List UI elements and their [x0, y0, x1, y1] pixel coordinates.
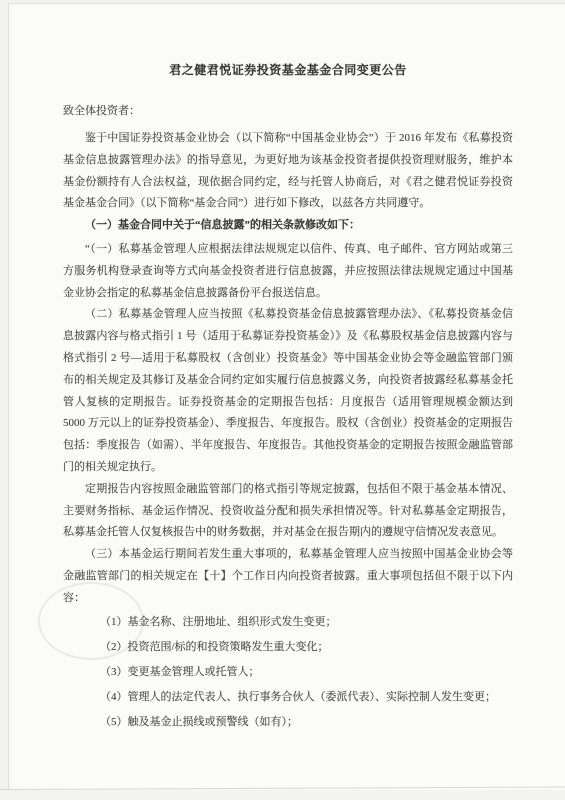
paragraph: （三）本基金运行期间若发生重大事项的，私募基金管理人应当按照中国基金业协会等金融… — [63, 544, 513, 609]
list-item: （2）投资范围/标的和投资策略发生重大变化； — [63, 635, 513, 660]
salutation-line: 致全体投资者： — [63, 100, 513, 122]
document-title: 君之健君悦证券投资基金基金合同变更公告 — [63, 62, 513, 78]
paragraph: 定期报告内容按照金融监管部门的格式指引等规定披露，包括但不限于基金基本情况、主要… — [63, 479, 513, 544]
list-item: （3）变更基金管理人或托管人； — [63, 660, 513, 685]
paragraph: 鉴于中国证券投资基金业协会（以下简称“中国基金业协会”）于 2016 年发布《私… — [63, 128, 513, 215]
scanner-background — [0, 790, 565, 800]
list-item: （4）管理人的法定代表人、执行事务合伙人（委派代表）、实际控制人发生变更； — [63, 685, 513, 710]
document-content: 君之健君悦证券投资基金基金合同变更公告 致全体投资者： 鉴于中国证券投资基金业协… — [63, 62, 513, 735]
list-item: （5）触及基金止损线或预警线（如有）； — [63, 710, 513, 735]
scanned-document-screenshot: { "document": { "title": "君之健君悦证券投资基金基金合… — [0, 0, 565, 800]
paragraph-container: 鉴于中国证券投资基金业协会（以下简称“中国基金业协会”）于 2016 年发布《私… — [63, 128, 513, 735]
paragraph: “（一）私募基金管理人应根据法律法规规定以信件、传真、电子邮件、官方网站或第三方… — [63, 239, 513, 304]
list-item: （1）基金名称、注册地址、组织形式发生变更； — [63, 610, 513, 635]
paragraph: （二）私募基金管理人应当按照《私募投资基金信息披露管理办法》、《私募投资基金信息… — [63, 304, 513, 478]
section-heading: （一）基金合同中关于“信息披露”的相关条款修改如下： — [63, 215, 513, 237]
